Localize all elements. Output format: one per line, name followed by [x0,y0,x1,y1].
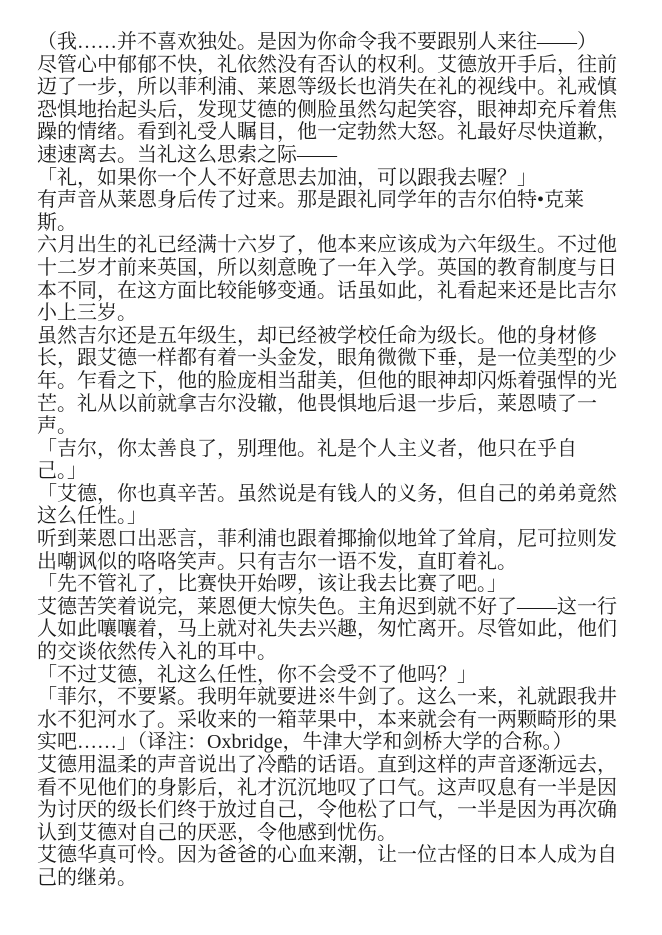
text-line: 芒。礼从以前就拿吉尔没辙，他畏惧地后退一步后，莱恩啧了一 [37,393,628,416]
text-line: 年。乍看之下，他的脸庞相当甜美，但他的眼神却闪烁着强悍的光 [37,370,628,393]
text-line: 看不见他们的身影后，礼才沉沉地叹了口气。这声叹息有一半是因 [37,777,628,800]
text-line: 艾德用温柔的声音说出了冷酷的话语。直到这样的声音逐渐远去， [37,754,628,777]
text-line: 艾德华真可怜。因为爸爸的心血来潮，让一位古怪的日本人成为自 [37,844,628,867]
text-line: 实吧……」（译注：Oxbridge，牛津大学和剑桥大学的合称。） [37,731,628,754]
text-line: 长，跟艾德一样都有着一头金发，眼角微微下垂，是一位美型的少 [37,347,628,370]
text-line: 速速离去。当礼这么思索之际—— [37,144,628,167]
text-line: 为讨厌的级长们终于放过自己，令他松了口气，一半是因为再次确 [37,799,628,822]
text-line: 尽管心中郁郁不快，礼依然没有否认的权利。艾德放开手后，往前 [37,54,628,77]
text-line: 出嘲讽似的咯咯笑声。只有吉尔一语不发，直盯着礼。 [37,551,628,574]
text-line: 恐惧地抬起头后，发现艾德的侧脸虽然勾起笑容，眼神却充斥着焦 [37,99,628,122]
text-line: 艾德苦笑着说完，莱恩便大惊失色。主角迟到就不好了——这一行 [37,596,628,619]
text-line: 听到莱恩口出恶言，菲利浦也跟着揶揄似地耸了耸肩，尼可拉则发 [37,528,628,551]
text-line: 「礼，如果你一个人不好意思去加油，可以跟我去喔？」 [37,167,628,190]
novel-text-page: （我……并不喜欢独处。是因为你命令我不要跟别人来往——）尽管心中郁郁不快，礼依然… [0,0,662,935]
novel-text-body: （我……并不喜欢独处。是因为你命令我不要跟别人来往——）尽管心中郁郁不快，礼依然… [37,31,628,890]
text-line: 认到艾德对自己的厌恶，令他感到忧伤。 [37,822,628,845]
text-line: 「菲尔，不要紧。我明年就要进※牛剑了。这么一来，礼就跟我井 [37,686,628,709]
text-line: 虽然吉尔还是五年级生，却已经被学校任命为级长。他的身材修 [37,325,628,348]
text-line: 本不同，在这方面比较能够变通。话虽如此，礼看起来还是比吉尔 [37,280,628,303]
text-line: 「吉尔，你太善良了，别理他。礼是个人主义者，他只在乎自 [37,438,628,461]
text-line: 小上三岁。 [37,302,628,325]
text-line: 人如此嚷嚷着，马上就对礼失去兴趣，匆忙离开。尽管如此，他们 [37,618,628,641]
text-line: 六月出生的礼已经满十六岁了，他本来应该成为六年级生。不过他 [37,234,628,257]
text-line: 「艾德，你也真辛苦。虽然说是有钱人的义务，但自己的弟弟竟然 [37,483,628,506]
text-line: 迈了一步，所以菲利浦、莱恩等级长也消失在礼的视线中。礼戒慎 [37,76,628,99]
text-line: （我……并不喜欢独处。是因为你命令我不要跟别人来往——） [37,31,628,54]
text-line: 的交谈依然传入礼的耳中。 [37,641,628,664]
text-line: 己的继弟。 [37,867,628,890]
text-line: 有声音从莱恩身后传了过来。那是跟礼同学年的吉尔伯特•克莱 [37,189,628,212]
text-line: 「不过艾德，礼这么任性，你不会受不了他吗？」 [37,664,628,687]
text-line: 躁的情绪。看到礼受人瞩目，他一定勃然大怒。礼最好尽快道歉， [37,121,628,144]
text-line: 斯。 [37,212,628,235]
text-line: 水不犯河水了。采收来的一箱苹果中，本来就会有一两颗畸形的果 [37,709,628,732]
text-line: 声。 [37,415,628,438]
text-line: 己。」 [37,460,628,483]
text-line: 这么任性。」 [37,505,628,528]
text-line: 「先不管礼了，比赛快开始啰，该让我去比赛了吧。」 [37,573,628,596]
text-line: 十二岁才前来英国，所以刻意晚了一年入学。英国的教育制度与日 [37,257,628,280]
